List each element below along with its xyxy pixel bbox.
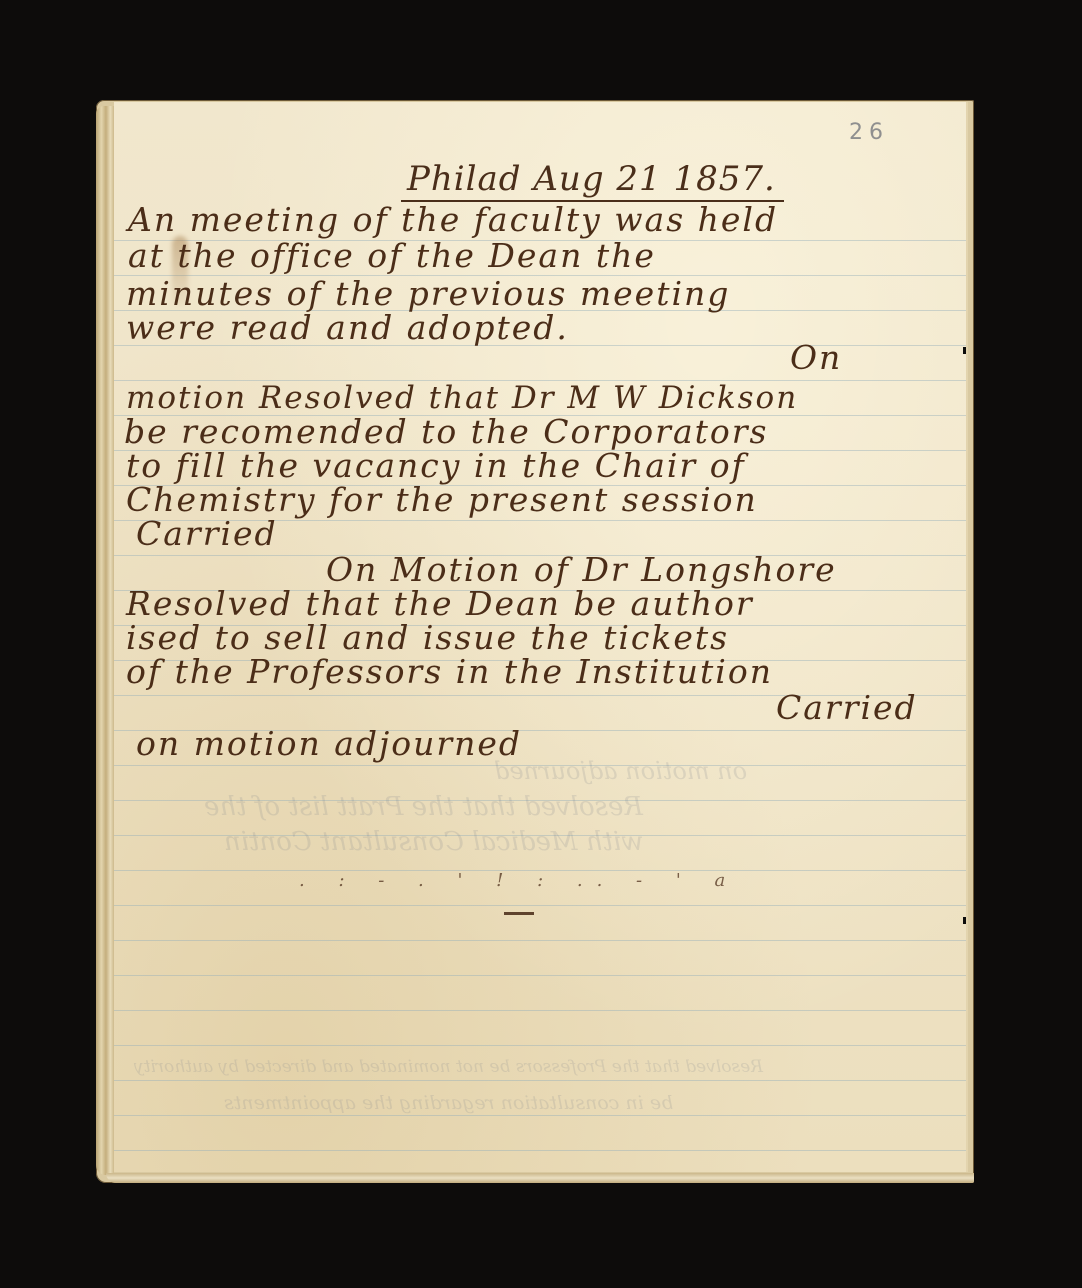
text-line: An meeting of the faculty was held (128, 200, 778, 240)
bleed-through-text: on motion adjourned (494, 757, 747, 785)
page-number: 26 (849, 120, 889, 145)
ink-dash-mark (504, 912, 534, 915)
bleed-through-text: be in consultation regarding the appoint… (224, 1092, 673, 1114)
text-line: Carried (136, 514, 278, 554)
text-line: at the office of the Dean the (128, 236, 656, 276)
page-edge-notch (963, 347, 968, 354)
text-line: On (790, 338, 842, 378)
ledger-page: Resolved that the Pratt list of the with… (114, 102, 968, 1172)
page-stack-bottom-edge (106, 1173, 974, 1183)
place-date-heading: Philad Aug 21 1857. (401, 160, 784, 202)
bleed-through-text: with Medical Consultant Contin (224, 827, 644, 857)
text-line: on motion adjourned (136, 724, 522, 764)
text-line: of the Professors in the Institution (126, 652, 773, 692)
page-stack-left-edge (96, 106, 114, 1175)
text-line: Carried (776, 688, 918, 728)
ink-smudge-marks: . : - . ' ! : .. - ' a (299, 870, 739, 891)
text-line: were read and adopted. (126, 308, 569, 348)
page-edge-notch (963, 917, 968, 924)
bleed-through-text: Resolved that the Pratt list of the (204, 792, 643, 822)
bleed-through-text: Resolved that the Professors be not nomi… (134, 1057, 763, 1077)
